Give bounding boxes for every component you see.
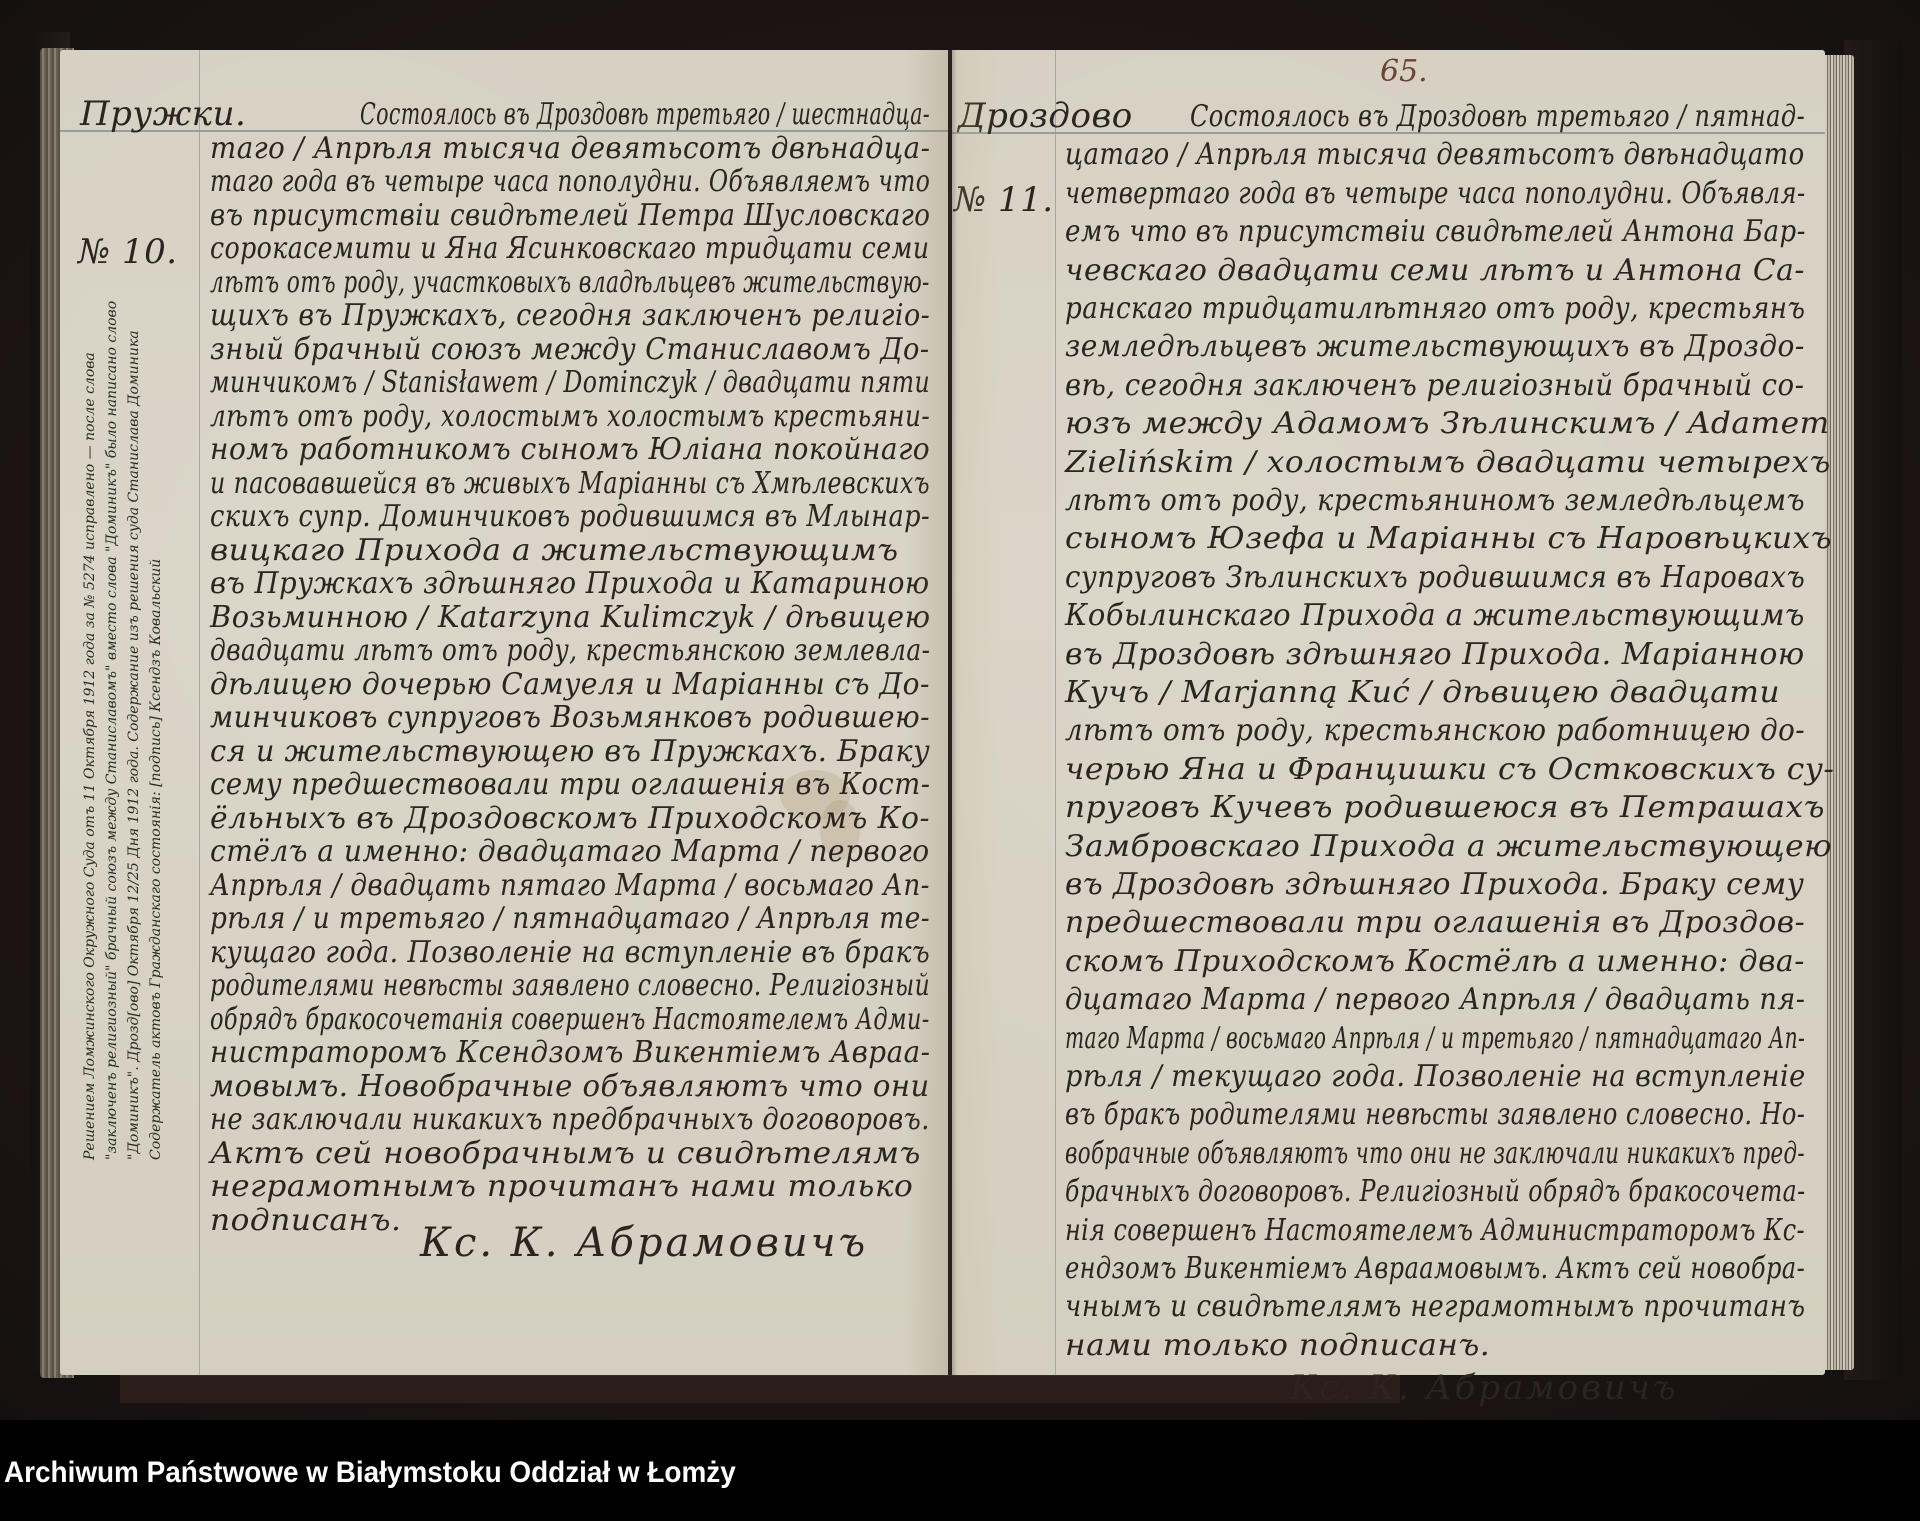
village-heading: Пружки. (80, 94, 246, 134)
handwritten-line: скомъ Приходскомъ Костёлѣ а именно: два- (1065, 947, 1805, 977)
handwritten-line: дѣлицею дочерью Самуеля и Маріанны съ До… (210, 670, 930, 700)
handwritten-line: четвертаго года въ четыре часа пополудни… (1065, 179, 1806, 209)
handwritten-line: нистраторомъ Ксендзомъ Викентіемъ Авраа- (210, 1038, 931, 1068)
handwritten-line: ёльныхъ въ Дроздовскомъ Приходскомъ Ко- (210, 804, 930, 834)
handwritten-line: Возьминною / Katarzyna Kulimczyk / дѣвиц… (210, 603, 931, 633)
handwritten-line: лѣтъ отъ роду, крестьяниномъ земледѣльце… (1065, 486, 1805, 516)
book-gutter-shadow (905, 50, 1000, 1375)
handwritten-line: вицкаго Прихода а жительствующимъ (210, 536, 899, 566)
book-cover-bottom (120, 1375, 1400, 1403)
handwritten-line: неграмотнымъ прочитанъ нами только (210, 1172, 913, 1202)
handwritten-line: въ присутствіи свидѣтелей Петра Шусловск… (210, 201, 930, 231)
priest-signature: Кс. К. Абрамовичъ (1290, 1368, 1679, 1408)
margin-annotation-line: "заключенъ религиозный" брачный союзъ ме… (104, 301, 120, 1160)
handwritten-line: таго года въ четыре часа пополудни. Объя… (210, 167, 930, 197)
handwritten-line: въ Дроздовѣ здѣшняго Прихода. Браку сему (1065, 870, 1804, 900)
handwritten-line: номъ работникомъ сыномъ Юліана покойнаго (210, 435, 930, 465)
handwritten-line: юзъ между Адамомъ Зѣлинскимъ / Adamem (1065, 409, 1830, 439)
handwritten-line: Замбровскаго Прихода а жительствующею (1065, 832, 1832, 862)
scanned-register-image: Пружки. № 10. Решением Ломжинского Окруж… (0, 0, 1920, 1420)
margin-annotation-line: Решением Ломжинского Окружного Суда отъ … (82, 352, 98, 1160)
handwritten-line: кущаго года. Позволеніе на вступленіе въ… (210, 938, 930, 968)
handwritten-line: таго / Апрѣля тысяча девятьсотъ двѣнадца… (210, 134, 930, 164)
handwritten-line: и пасовавшейся въ живыхъ Маріанны съ Хмѣ… (210, 469, 930, 499)
right-page: 65. KANCELARJA ŁOMŻYŃSKI Дроздово № 11. … (950, 50, 1825, 1375)
handwritten-line: въ Дроздовѣ здѣшняго Прихода. Маріанною (1065, 640, 1805, 670)
page-number: 65. (1380, 54, 1428, 89)
handwritten-line: Состоялось въ Дроздовѣ третьяго / шестна… (360, 100, 930, 130)
handwritten-line: Кучъ / Marjanną Kuć / дѣвицею двадцати (1065, 678, 1780, 708)
handwritten-line: Zielińskim / холостымъ двадцати четырехъ (1065, 448, 1831, 478)
handwritten-line: лѣтъ отъ роду, холостымъ холостымъ крест… (210, 402, 930, 432)
caption-bar: Archiwum Państwowe w Białymstoku Oddział… (0, 1420, 1920, 1521)
handwritten-line: черью Яна и Францишки съ Остковскихъ су- (1065, 755, 1834, 785)
margin-annotation-line: Содержатель актовъ Гражданскаго состояні… (148, 559, 164, 1160)
handwritten-line: сему предшествовали три оглашенія въ Кос… (210, 770, 930, 800)
handwritten-line: цатаго / Апрѣля тысяча девятьсотъ двѣнад… (1065, 140, 1805, 170)
handwritten-line: чевскаго двадцати семи лѣтъ и Антона Са- (1065, 256, 1805, 286)
handwritten-line: лѣтъ отъ роду, крестьянскою работницею д… (1065, 716, 1805, 746)
handwritten-line: не заключали никакихъ предбрачныхъ догов… (210, 1105, 930, 1135)
handwritten-line: ся и жительствующею въ Пружкахъ. Браку (210, 737, 930, 767)
handwritten-line: стёлъ а именно: двадцатаго Марта / перво… (210, 837, 930, 867)
handwritten-line: Кобылинскаго Прихода а жительствующимъ (1065, 601, 1805, 631)
handwritten-line: нами только подписанъ. (1065, 1331, 1490, 1361)
handwritten-line: обрядъ бракосочетанія совершенъ Настояте… (210, 1005, 930, 1035)
handwritten-line: таго Марта / восьмаго Апрѣля / и третьяг… (1065, 1024, 1805, 1054)
handwritten-line: сыномъ Юзефа и Маріанны съ Наровѣцкихъ (1065, 524, 1832, 554)
handwritten-line: емъ что въ присутствіи свидѣтелей Антона… (1065, 217, 1806, 247)
book-gutter (948, 50, 952, 1375)
handwritten-line: земледѣльцевъ жительствующихъ въ Дроздо- (1065, 332, 1805, 362)
left-page: Пружки. № 10. Решением Ломжинского Окруж… (60, 50, 950, 1375)
handwritten-line: щихъ въ Пружкахъ, сегодня заключенъ рели… (210, 301, 930, 331)
handwritten-line: Апрѣля / двадцать пятаго Марта / восьмаг… (210, 871, 930, 901)
handwritten-line: ендзомъ Викентіемъ Авраамовымъ. Актъ сей… (1065, 1254, 1805, 1284)
margin-annotation-line: "Доминикъ". Дрозд[ово] Октября 12/25 Дня… (126, 330, 142, 1160)
handwritten-line: Состоялось въ Дроздовѣ третьяго / пятнад… (1190, 102, 1805, 132)
handwritten-line: въ бракъ родителями невѣсты заявлено сло… (1065, 1100, 1805, 1130)
margin-rule (1055, 50, 1056, 1375)
handwritten-line: Актъ сей новобрачнымъ и свидѣтелямъ (210, 1139, 921, 1169)
priest-signature: Кс. К. Абрамовичъ (420, 1220, 868, 1266)
handwritten-line: минчиковъ супруговъ Возьмянковъ родившею… (210, 703, 930, 733)
handwritten-line: подписанъ. (210, 1206, 401, 1236)
handwritten-line: чнымъ и свидѣтелямъ неграмотнымъ прочита… (1065, 1292, 1805, 1322)
handwritten-line: въ Пружкахъ здѣшняго Прихода и Катариною (210, 569, 930, 599)
handwritten-line: ранскаго тридцатилѣтняго отъ роду, крест… (1065, 294, 1805, 324)
handwritten-line: зный брачный союзъ между Станиславомъ До… (210, 335, 930, 365)
entry-number: № 10. (78, 232, 178, 272)
handwritten-line: нія совершенъ Настоятелемъ Администратор… (1065, 1216, 1805, 1246)
handwritten-line: брачныхъ договоровъ. Религіозный обрядъ … (1065, 1177, 1805, 1207)
handwritten-line: скихъ супр. Доминчиковъ родившимся въ Мл… (210, 502, 930, 532)
handwritten-line: вѣ, сегодня заключенъ религіозный брачны… (1065, 371, 1804, 401)
page-stack-edge-right (1822, 55, 1854, 1370)
handwritten-line: пруговъ Кучевъ родившеюся въ Петрашахъ (1065, 793, 1825, 823)
handwritten-line: дцатаго Марта / первого Апрѣля / двадцат… (1065, 985, 1805, 1015)
archive-caption: Archiwum Państwowe w Białymstoku Oddział… (4, 1456, 736, 1490)
handwritten-line: супруговъ Зѣлинскихъ родившимся въ Наров… (1065, 563, 1805, 593)
handwritten-line: вобрачные объявляютъ что они не заключал… (1065, 1139, 1805, 1169)
handwritten-line: предшествовали три оглашенія въ Дроздов- (1065, 908, 1805, 938)
handwritten-line: сорокасемити и Яна Ясинковскаго тридцати… (210, 234, 929, 264)
handwritten-line: родителями невѣсты заявлено словесно. Ре… (210, 971, 930, 1001)
handwritten-line: лѣтъ отъ роду, участковыхъ владѣльцевъ ж… (210, 268, 930, 298)
handwritten-line: мовымъ. Новобрачные объявляютъ что они (210, 1072, 930, 1102)
handwritten-line: рѣля / и третьяго / пятнадцатаго / Апрѣл… (210, 904, 930, 934)
handwritten-line: двадцати лѣтъ отъ роду, крестьянскою зем… (210, 636, 930, 666)
handwritten-line: минчикомъ / Stanisławem / Dominczyk / дв… (210, 368, 930, 398)
margin-rule (199, 50, 200, 1375)
handwritten-line: рѣля / текущаго года. Позволеніе на всту… (1065, 1062, 1806, 1092)
